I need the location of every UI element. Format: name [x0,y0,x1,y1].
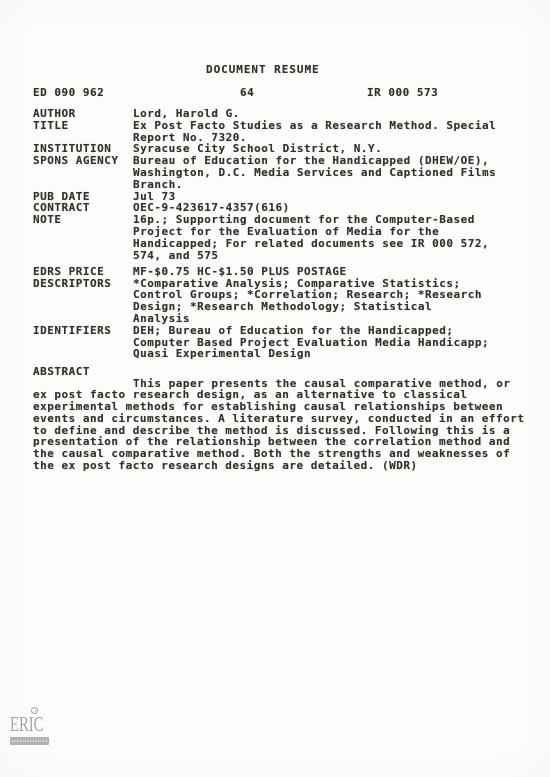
field-label: EDRS PRICE [33,266,133,278]
ir-number: IR 000 573 [367,87,438,99]
eric-logo: ERIC [10,706,56,748]
field-value: DEH; Bureau of Education for the Handica… [133,325,538,360]
ed-number: ED 090 962 [33,87,104,99]
field-row-identifiers: IDENTIFIERS DEH; Bureau of Education for… [33,325,538,360]
field-row-title: TITLE Ex Post Facto Studies as a Researc… [33,120,538,144]
field-label: NOTE [33,214,133,226]
accession-number-row: ED 090 962 64 IR 000 573 [33,87,538,99]
field-label: TITLE [33,120,133,132]
field-row-spons-agency: SPONS AGENCY Bureau of Education for the… [33,155,538,190]
document-resume-title: DOCUMENT RESUME [206,64,320,76]
field-value: MF-$0.75 HC-$1.50 PLUS POSTAGE [133,266,538,278]
abstract-label: ABSTRACT [33,366,90,378]
field-value: Ex Post Facto Studies as a Research Meth… [133,120,538,144]
document-body: DOCUMENT RESUME ED 090 962 64 IR 000 573… [33,0,538,777]
field-label: SPONS AGENCY [33,155,133,167]
field-list: AUTHOR Lord, Harold G. TITLE Ex Post Fac… [33,108,538,360]
scanned-document-page: DOCUMENT RESUME ED 090 962 64 IR 000 573… [0,0,550,777]
abstract-text: This paper presents the causal comparati… [33,378,533,472]
field-value: 16p.; Supporting document for the Comput… [133,214,538,261]
field-label: IDENTIFIERS [33,325,133,337]
field-value: *Comparative Analysis; Comparative Stati… [133,278,538,325]
field-label: DESCRIPTORS [33,278,133,290]
field-value: Bureau of Education for the Handicapped … [133,155,538,190]
field-row-edrs-price: EDRS PRICE MF-$0.75 HC-$1.50 PLUS POSTAG… [33,266,538,278]
eric-logo-banner [10,737,49,745]
center-number: 64 [240,87,254,99]
field-row-descriptors: DESCRIPTORS *Comparative Analysis; Compa… [33,278,538,325]
eric-logo-text: ERIC [10,714,43,735]
field-row-note: NOTE 16p.; Supporting document for the C… [33,214,538,261]
